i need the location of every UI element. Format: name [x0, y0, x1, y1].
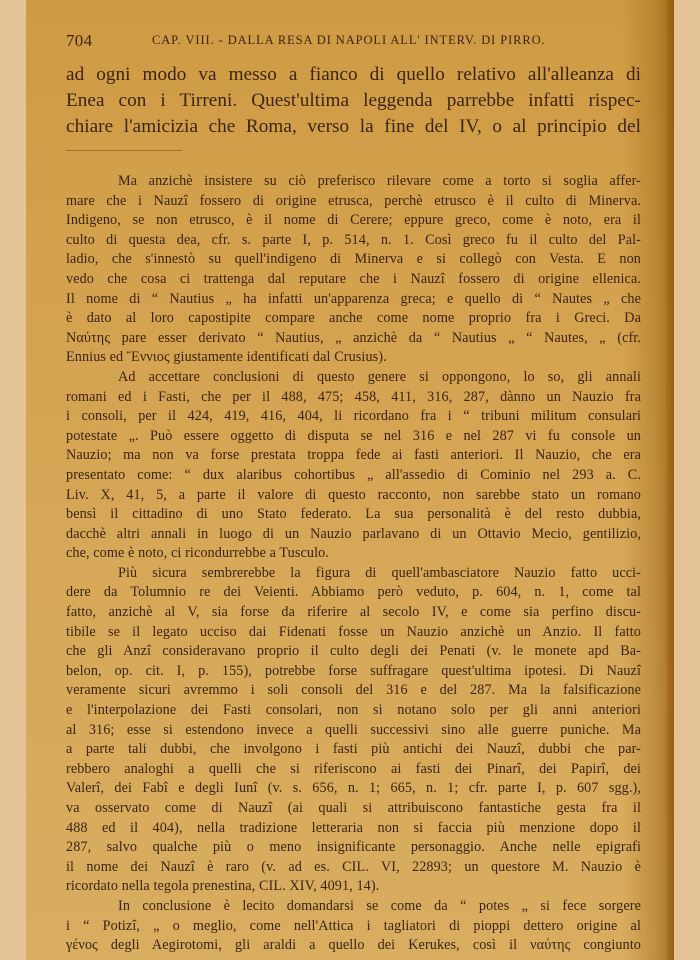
footnote-line: che gli Anzî consideravano proprio il cu… [66, 642, 641, 662]
chapter-title: CAP. VIII. - DALLA RESA DI NAPOLI ALL' I… [152, 33, 546, 48]
text-line: Enea con i Tirreni. Quest'ultima leggend… [66, 88, 641, 114]
footnote-line: Valerî, dei Fabî e degli Iunî (v. s. 656… [66, 779, 641, 799]
footnote-line: 287, salvo qualche più o meno insignific… [66, 838, 641, 858]
main-text: ad ogni modo va messo a fianco di quello… [66, 62, 641, 140]
footnote-line: rebbero analoghi a quelli che si riferis… [66, 760, 641, 780]
footnote-line: presentato come: “ dux alaribus cohortib… [66, 466, 641, 486]
footnote-line: Il nome di “ Nautius „ ha infatti un'app… [66, 290, 641, 310]
scanned-page: 704 CAP. VIII. - DALLA RESA DI NAPOLI AL… [26, 0, 674, 960]
footnote-line: Ennius ed Ἔννιος giustamente identificat… [66, 348, 641, 368]
footnote-line: Più sicura sembrerebbe la figura di quel… [66, 564, 641, 584]
footnote-line: fatto, anzichè al V, sia forse da riferi… [66, 603, 641, 623]
footnote-line: Ναύτης pare esser derivato “ Nautius, „ … [66, 329, 641, 349]
footnote-line: tibile se il legato ucciso dai Fidenati … [66, 623, 641, 643]
footnote-line: γένος degli Aegirotomi, gli araldi a que… [66, 936, 641, 956]
footnote-line: 488 ed il 404), nella tradizione lettera… [66, 819, 641, 839]
footnote-line: dacchè altri annali in luogo di un Nauzi… [66, 525, 641, 545]
footnote-line: Ma anzichè insistere su ciò preferisco r… [66, 172, 641, 192]
footnote-line: Nauzio; ma non va forse prestata troppa … [66, 446, 641, 466]
footnote-line: belon, op. cit. I, p. 155), potrebbe for… [66, 662, 641, 682]
footnote-line: che, come è noto, ci ricondurrebbe a Tus… [66, 544, 641, 564]
text-line: ad ogni modo va messo a fianco di quello… [66, 62, 641, 88]
footnote-line: ricordato nella tegola prenestina, CIL. … [66, 877, 641, 897]
footnote-line: Indigeno, se non etrusco, è il nome di C… [66, 211, 641, 231]
footnote-divider [66, 150, 182, 151]
footnote-line: i “ Potizî, „ o meglio, come nell'Attica… [66, 917, 641, 937]
footnote-line: e l'interpolazione dei Fasti consolari, … [66, 701, 641, 721]
footnote-line: a parte tali dubbi, che involgono i fast… [66, 740, 641, 760]
footnote-line: veramente sicuri avremmo i soli consoli … [66, 681, 641, 701]
footnote-line: ladio, che s'innestò su quell'indigeno d… [66, 250, 641, 270]
footnote-line: potestate „. Può essere oggetto di dispu… [66, 427, 641, 447]
footnote-line: vedo che cosa ci trattenga dal reputare … [66, 270, 641, 290]
page-number: 704 [66, 31, 92, 51]
footnote-line: al 316; esse si estendono invece a quell… [66, 721, 641, 741]
footnote-line: mare che i Nauzî fossero di origine etru… [66, 192, 641, 212]
footnote-line: In conclusione è lecito domandarsi se co… [66, 897, 641, 917]
text-line: chiare l'amicizia che Roma, verso la fin… [66, 114, 641, 140]
footnote-line: va osservato come di Nauzî (ai quali si … [66, 799, 641, 819]
footnote-line: dere da Tolumnio re dei Veienti. Abbiamo… [66, 583, 641, 603]
footnote-line: Liv. X, 41, 5, a parte il valore di ques… [66, 486, 641, 506]
footnote-line: romani ed i Fasti, che per il 488, 475; … [66, 388, 641, 408]
document-viewer: 704 CAP. VIII. - DALLA RESA DI NAPOLI AL… [0, 0, 700, 960]
footnote-line: è dato al loro capostipite compare anche… [66, 309, 641, 329]
page-edge-shadow [666, 0, 674, 960]
footnote-line: i consoli, per il 424, 419, 416, 404, li… [66, 407, 641, 427]
footnote-line: culto di questa dea, cfr. s. parte I, p.… [66, 231, 641, 251]
running-header: 704 CAP. VIII. - DALLA RESA DI NAPOLI AL… [66, 31, 626, 53]
footnote-line: il nome dei Nauzî è raro (v. ad es. CIL.… [66, 858, 641, 878]
footnote-line: Ad accettare conclusioni di questo gener… [66, 368, 641, 388]
footnote: Ma anzichè insistere su ciò preferisco r… [66, 172, 641, 956]
footnote-line: bensì il cittadino di uno Stato federato… [66, 505, 641, 525]
